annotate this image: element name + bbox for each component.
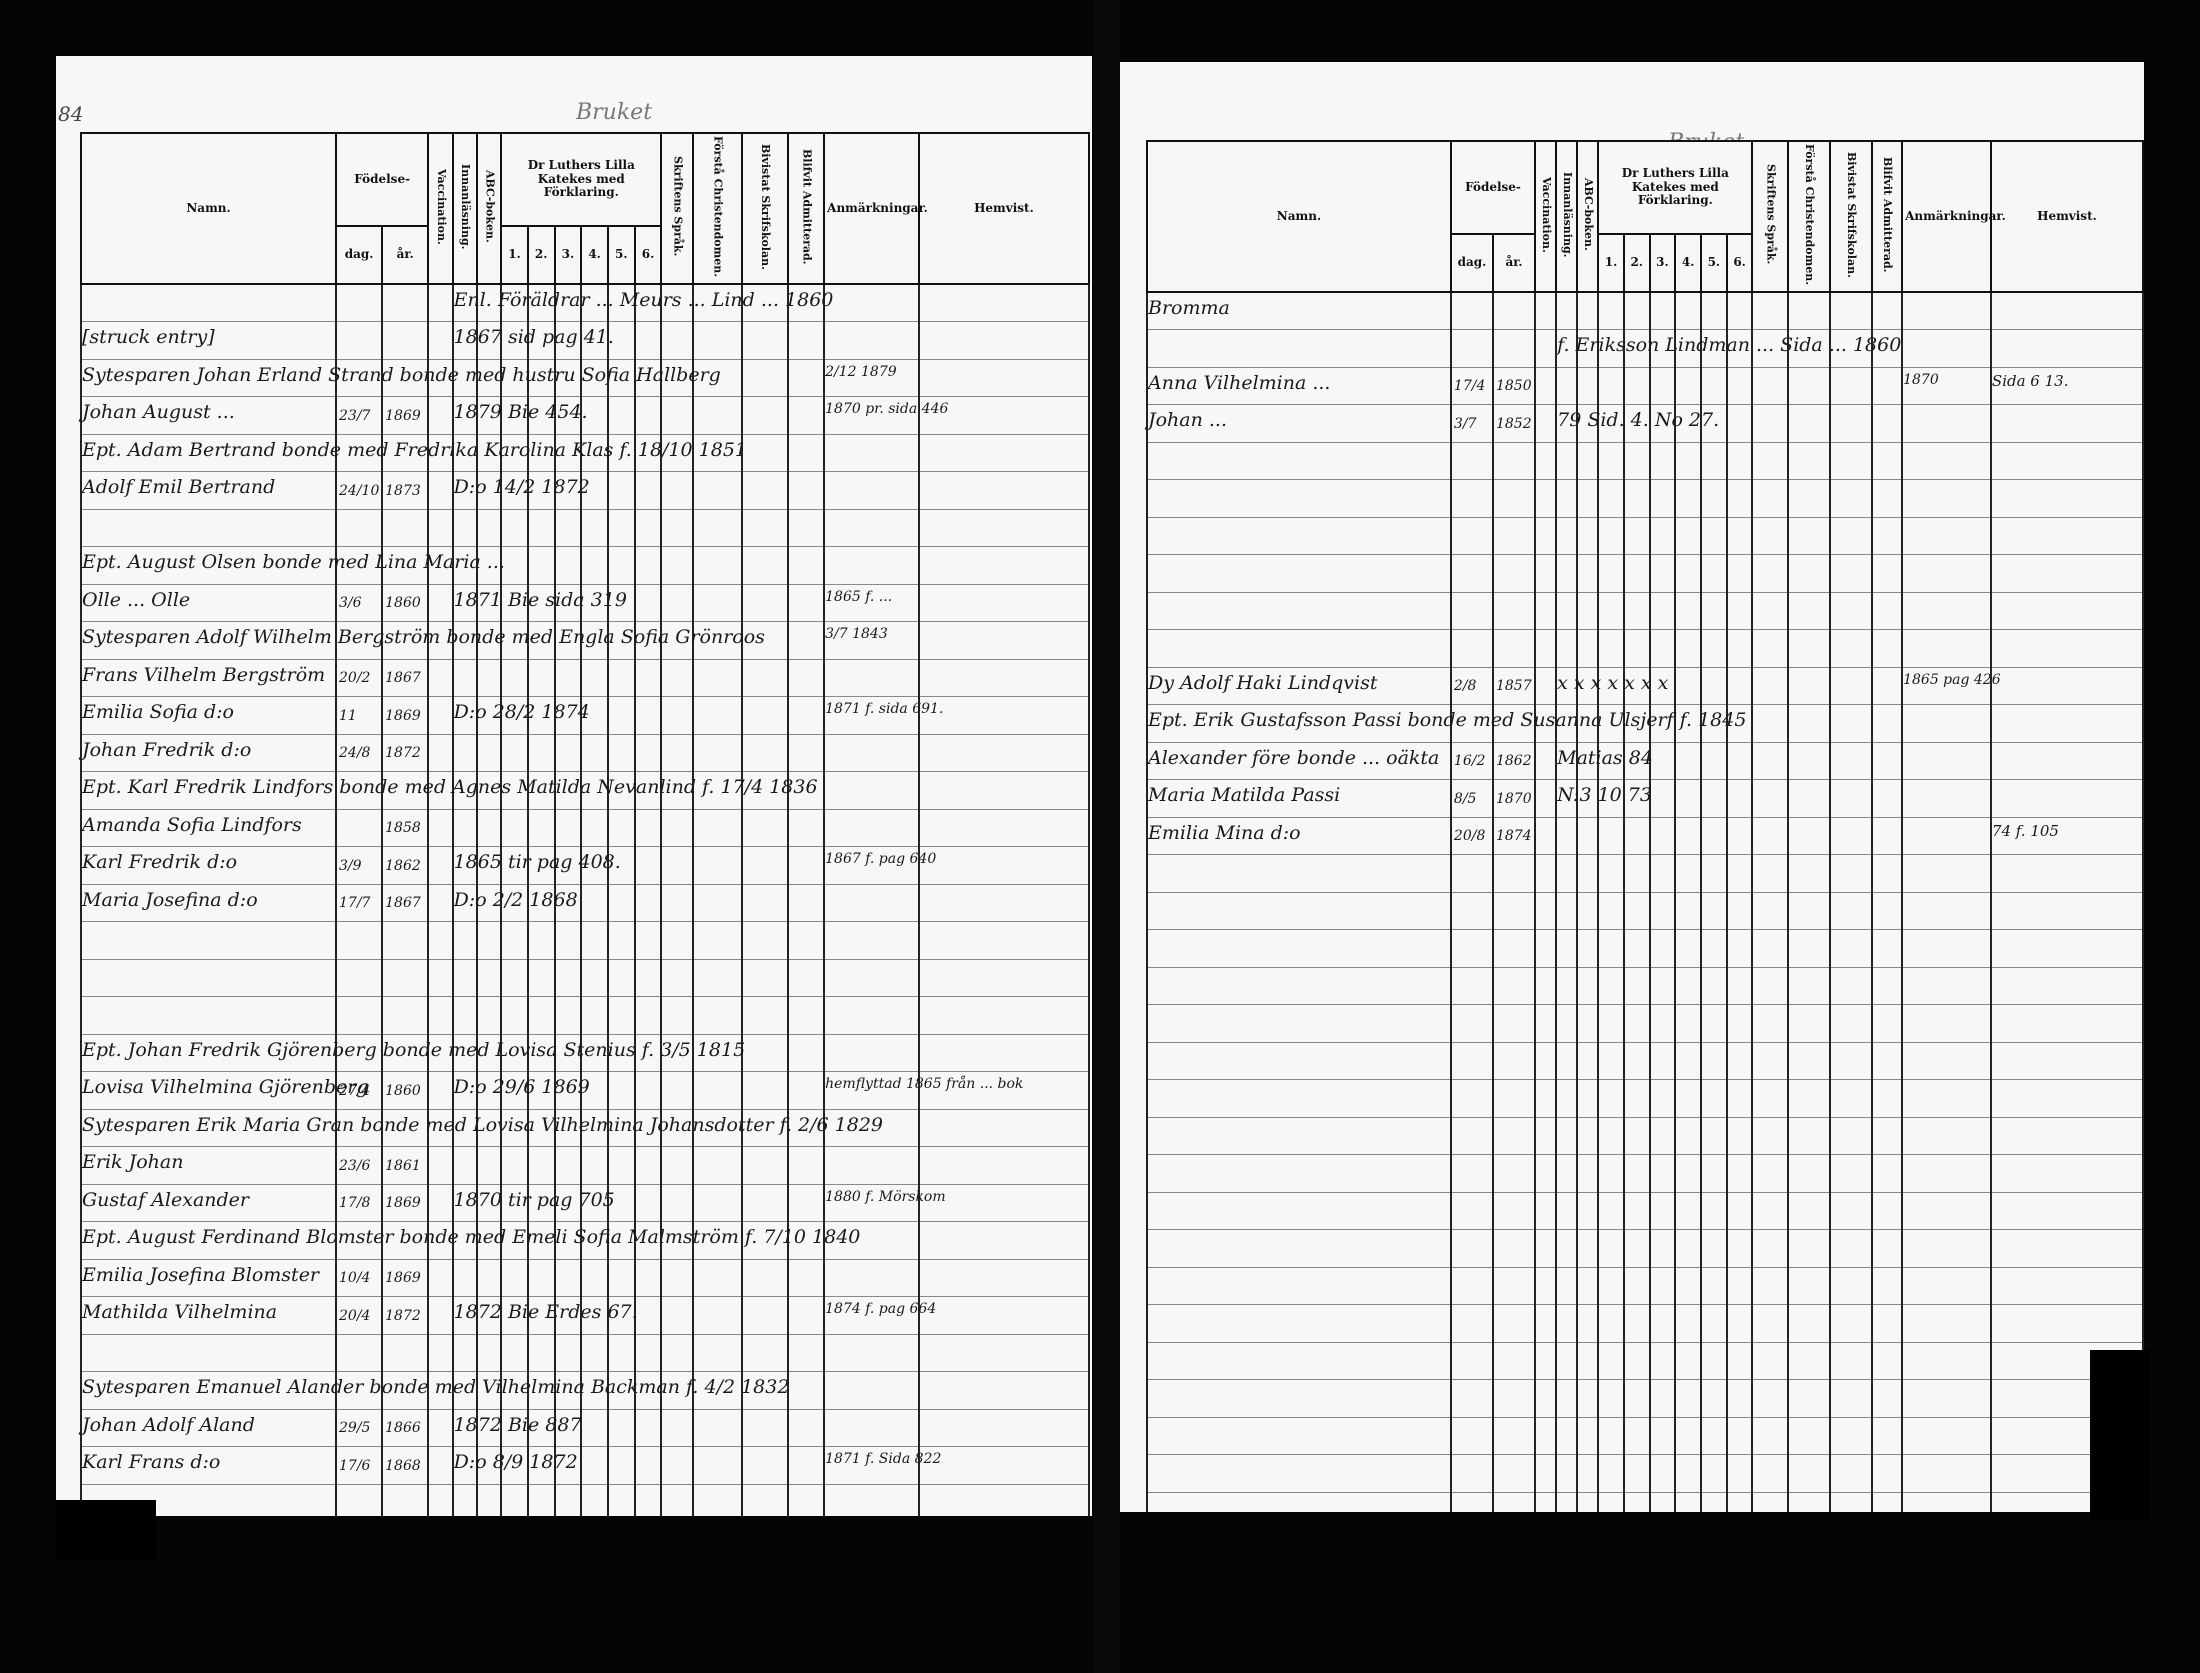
- cell-mark: [1752, 1042, 1787, 1080]
- cell-birth-year: [1493, 930, 1535, 968]
- cell-mark: [1577, 1005, 1598, 1043]
- cell-mark: [1624, 555, 1650, 593]
- table-row: Johan Fredrik d:o24/81872: [81, 734, 1089, 772]
- header-birth-day: dag.: [336, 226, 382, 284]
- cell-mark: [742, 884, 788, 922]
- cell-mark: [635, 884, 662, 922]
- cell-mark: [1675, 630, 1701, 668]
- cell-name: Ept. Erik Gustafsson Passi bonde med Sus…: [1147, 705, 1451, 743]
- table-row: [1147, 1305, 2143, 1343]
- cell-mark: [428, 509, 452, 547]
- cell-mark: [1598, 1230, 1624, 1268]
- cell-name: Johan Adolf Aland: [81, 1409, 336, 1447]
- table-row: Ept. Johan Fredrik Gjörenberg bonde med …: [81, 1034, 1089, 1072]
- cell-mark: [428, 884, 452, 922]
- cell-mark: [788, 359, 824, 397]
- cell-mark: [1675, 517, 1701, 555]
- cell-mark: [1598, 1192, 1624, 1230]
- cell-birth-day: [1451, 1417, 1493, 1455]
- cell-mark: [1872, 292, 1902, 330]
- cell-mark: [1752, 1192, 1787, 1230]
- cell-birth-year: [1493, 1042, 1535, 1080]
- cell-mark: [1788, 1042, 1830, 1080]
- entry-name: Sytesparen Adolf Wilhelm Bergström bonde…: [82, 626, 765, 648]
- cell-name: Sytesparen Adolf Wilhelm Bergström bonde…: [81, 622, 336, 660]
- cell-birth-day: [1451, 1380, 1493, 1418]
- cell-birth-year: 1852: [1493, 405, 1535, 443]
- entry-note: 1872 Bie 887: [454, 1414, 582, 1436]
- cell-mark: [693, 509, 742, 547]
- cell-note: [1556, 1305, 1577, 1343]
- cell-remarks: [824, 922, 919, 960]
- cell-birth-year: [1493, 1455, 1535, 1493]
- cell-residence: [1991, 1117, 2143, 1155]
- header-cat-1: 1.: [1598, 234, 1624, 292]
- cell-mark: [428, 1447, 452, 1485]
- cell-mark: [1727, 1042, 1753, 1080]
- cell-birth-day: 16/2: [1451, 742, 1493, 780]
- cell-mark: [1650, 930, 1676, 968]
- cell-note: D:o 8/9 1872: [453, 1447, 477, 1485]
- cell-mark: [1624, 1155, 1650, 1193]
- cell-name: Alexander före bonde ... oäkta: [1147, 742, 1451, 780]
- cell-mark: [693, 584, 742, 622]
- cell-mark: [1675, 1305, 1701, 1343]
- header-birth-year: år.: [382, 226, 428, 284]
- cell-mark: [1872, 742, 1902, 780]
- cell-mark: [1788, 480, 1830, 518]
- cell-remarks: [824, 1409, 919, 1447]
- cell-mark: [1872, 1342, 1902, 1380]
- cell-mark: [1752, 930, 1787, 968]
- header-birth-day: dag.: [1451, 234, 1493, 292]
- cell-mark: [742, 1409, 788, 1447]
- table-row: Mathilda Vilhelmina20/418721872 Bie Erde…: [81, 1297, 1089, 1335]
- cell-mark: [581, 884, 608, 922]
- cell-mark: [1650, 855, 1676, 893]
- cell-mark: [661, 997, 693, 1035]
- table-row: Ept. Adam Bertrand bonde med Fredrika Ka…: [81, 434, 1089, 472]
- cell-residence: [1991, 930, 2143, 968]
- entry-name: Sytesparen Emanuel Alander bonde med Vil…: [82, 1376, 789, 1398]
- cell-mark: [1650, 555, 1676, 593]
- cell-mark: [428, 1297, 452, 1335]
- entry-note: x x x x x x x: [1557, 672, 1668, 694]
- cell-mark: [428, 1334, 452, 1372]
- cell-mark: [788, 1484, 824, 1516]
- cell-mark: [1535, 855, 1556, 893]
- cell-mark: [1675, 855, 1701, 893]
- cell-note: [453, 734, 477, 772]
- cell-mark: [1624, 292, 1650, 330]
- cell-mark: [1650, 517, 1676, 555]
- cell-mark: [555, 1147, 582, 1185]
- cell-residence: [919, 472, 1089, 510]
- cell-name: [1147, 967, 1451, 1005]
- table-row: [81, 922, 1089, 960]
- cell-name: Johan Fredrik d:o: [81, 734, 336, 772]
- cell-residence: [919, 284, 1089, 322]
- cell-mark: [1727, 1192, 1753, 1230]
- cell-mark: [1727, 892, 1753, 930]
- cell-mark: [477, 1484, 501, 1516]
- cell-residence: [1991, 405, 2143, 443]
- cell-mark: [1727, 742, 1753, 780]
- cell-mark: [1701, 367, 1727, 405]
- table-row: [1147, 1380, 2143, 1418]
- cell-mark: [1830, 1042, 1872, 1080]
- cell-name: [1147, 442, 1451, 480]
- cell-mark: [1650, 780, 1676, 818]
- cell-mark: [635, 809, 662, 847]
- cell-birth-day: [336, 284, 382, 322]
- cell-remarks: [1902, 892, 1991, 930]
- cell-mark: [428, 922, 452, 960]
- cell-mark: [693, 697, 742, 735]
- cell-mark: [742, 547, 788, 585]
- cell-mark: [1577, 1117, 1598, 1155]
- cell-residence: [919, 359, 1089, 397]
- cell-mark: [1535, 367, 1556, 405]
- cell-name: [1147, 930, 1451, 968]
- cell-mark: [1727, 292, 1753, 330]
- entry-remark: 2/12 1879: [825, 364, 897, 380]
- entry-name: Lovisa Vilhelmina Gjörenberg: [82, 1076, 369, 1098]
- cell-mark: [555, 959, 582, 997]
- entry-name: Anna Vilhelmina ...: [1148, 372, 1330, 394]
- cell-mark: [1830, 1267, 1872, 1305]
- cell-birth-day: [1451, 1192, 1493, 1230]
- cell-residence: Sida 6 13.: [1991, 367, 2143, 405]
- cell-mark: [742, 922, 788, 960]
- table-row: Lovisa Vilhelmina Gjörenberg27/41860D:o …: [81, 1072, 1089, 1110]
- cell-mark: [661, 509, 693, 547]
- cell-mark: [1752, 1117, 1787, 1155]
- cell-note: [1556, 1380, 1577, 1418]
- cell-note: [1556, 1492, 1577, 1512]
- cell-mark: [1872, 555, 1902, 593]
- cell-residence: [1991, 555, 2143, 593]
- cell-note: [1556, 555, 1577, 593]
- cell-name: Emilia Josefina Blomster: [81, 1259, 336, 1297]
- cell-remarks: [1902, 1305, 1991, 1343]
- header-reading: Innanläsning.: [1556, 141, 1577, 292]
- cell-mark: [661, 1484, 693, 1516]
- cell-mark: [693, 1072, 742, 1110]
- cell-mark: [661, 659, 693, 697]
- cell-birth-day: [1451, 1005, 1493, 1043]
- table-row: Gustaf Alexander17/818691870 tir pag 705…: [81, 1184, 1089, 1222]
- entry-note: Matias 84: [1557, 747, 1653, 769]
- cell-mark: [581, 547, 608, 585]
- cell-mark: [742, 359, 788, 397]
- cell-mark: [1872, 405, 1902, 443]
- cell-note: 1870 tir pag 705: [453, 1184, 477, 1222]
- cell-mark: [501, 509, 528, 547]
- cell-mark: [1788, 1492, 1830, 1512]
- cell-note: [1556, 442, 1577, 480]
- cell-mark: [1701, 930, 1727, 968]
- table-row: Ept. August Ferdinand Blomster bonde med…: [81, 1222, 1089, 1260]
- cell-mark: [528, 1147, 555, 1185]
- cell-mark: [635, 922, 662, 960]
- cell-mark: [1701, 592, 1727, 630]
- header-residence: Hemvist.: [919, 133, 1089, 284]
- cell-remarks: [1902, 1417, 1991, 1455]
- cell-mark: [693, 322, 742, 360]
- cell-mark: [1535, 405, 1556, 443]
- cell-mark: [1701, 892, 1727, 930]
- cell-mark: [1830, 1005, 1872, 1043]
- cell-mark: [477, 509, 501, 547]
- cell-note: [453, 1259, 477, 1297]
- cell-mark: [1650, 1042, 1676, 1080]
- cell-mark: [1535, 1155, 1556, 1193]
- cell-mark: [1752, 1005, 1787, 1043]
- cell-mark: [661, 1447, 693, 1485]
- table-row: [1147, 630, 2143, 668]
- cell-mark: [1675, 742, 1701, 780]
- cell-note: [1556, 367, 1577, 405]
- cell-residence: [1991, 1155, 2143, 1193]
- cell-mark: [1598, 1005, 1624, 1043]
- cell-note: D:o 29/6 1869: [453, 1072, 477, 1110]
- cell-mark: [1752, 630, 1787, 668]
- cell-mark: [608, 884, 635, 922]
- cell-mark: [501, 959, 528, 997]
- cell-note: 1871 Bie sida 319: [453, 584, 477, 622]
- cell-note: D:o 14/2 1872: [453, 472, 477, 510]
- cell-note: 1872 Bie 887: [453, 1409, 477, 1447]
- entry-note: 79 Sid. 4. No 27.: [1557, 409, 1719, 431]
- table-row: [1147, 1267, 2143, 1305]
- cell-mark: [1675, 1005, 1701, 1043]
- cell-birth-day: [336, 509, 382, 547]
- cell-mark: [1752, 367, 1787, 405]
- cell-mark: [477, 1259, 501, 1297]
- cell-mark: [635, 697, 662, 735]
- cell-note: [1556, 892, 1577, 930]
- cell-mark: [1752, 1267, 1787, 1305]
- cell-mark: [661, 1147, 693, 1185]
- cell-birth-year: [1493, 1305, 1535, 1343]
- cell-mark: [1598, 292, 1624, 330]
- table-row: [1147, 1342, 2143, 1380]
- table-row: [1147, 1080, 2143, 1118]
- cell-mark: [1650, 1492, 1676, 1512]
- table-row: [1147, 517, 2143, 555]
- cell-mark: [1727, 967, 1753, 1005]
- cell-mark: [1701, 1005, 1727, 1043]
- cell-mark: [635, 1334, 662, 1372]
- cell-note: [1556, 1455, 1577, 1493]
- cell-birth-year: 1862: [1493, 742, 1535, 780]
- header-birth: Födelse-: [1451, 141, 1535, 234]
- register-table: Namn. Födelse- Vaccination. Innanläsning…: [1146, 140, 2144, 1512]
- cell-remarks: [824, 884, 919, 922]
- entry-note: D:o 8/9 1872: [454, 1451, 578, 1473]
- cell-mark: [581, 997, 608, 1035]
- cell-note: [1556, 705, 1577, 743]
- cell-mark: [635, 397, 662, 435]
- cell-birth-year: 1869: [382, 397, 428, 435]
- cell-birth-day: [336, 322, 382, 360]
- cell-mark: [693, 1409, 742, 1447]
- cell-name: Sytesparen Johan Erland Strand bonde med…: [81, 359, 336, 397]
- cell-name: [1147, 1155, 1451, 1193]
- cell-birth-year: 1862: [382, 847, 428, 885]
- entry-name: Johan ...: [1148, 409, 1227, 431]
- cell-mark: [608, 1409, 635, 1447]
- cell-note: [1556, 1117, 1577, 1155]
- cell-mark: [501, 1259, 528, 1297]
- cell-mark: [1752, 1380, 1787, 1418]
- entry-name: [struck entry]: [82, 326, 215, 348]
- cell-mark: [661, 1297, 693, 1335]
- cell-mark: [1650, 1192, 1676, 1230]
- table-row: Sytesparen Emanuel Alander bonde med Vil…: [81, 1372, 1089, 1410]
- cell-note: [1556, 817, 1577, 855]
- entry-remark: 1865 f. ...: [825, 589, 892, 605]
- entry-note: 1879 Bie 454.: [454, 401, 588, 423]
- cell-mark: [1535, 967, 1556, 1005]
- cell-remarks: [1902, 780, 1991, 818]
- cell-mark: [742, 1447, 788, 1485]
- cell-mark: [1788, 1342, 1830, 1380]
- cell-birth-year: [1493, 517, 1535, 555]
- cell-mark: [693, 997, 742, 1035]
- cell-mark: [608, 1334, 635, 1372]
- cell-mark: [1535, 555, 1556, 593]
- cell-mark: [693, 1297, 742, 1335]
- cell-note: [1556, 1267, 1577, 1305]
- entry-note: D:o 14/2 1872: [454, 476, 590, 498]
- cell-mark: [1788, 1117, 1830, 1155]
- cell-residence: [1991, 780, 2143, 818]
- cell-note: [453, 1372, 477, 1410]
- header-residence: Hemvist.: [1991, 141, 2143, 292]
- cell-mark: [1535, 892, 1556, 930]
- cell-mark: [1701, 967, 1727, 1005]
- cell-mark: [1788, 780, 1830, 818]
- cell-residence: [919, 322, 1089, 360]
- cell-mark: [501, 547, 528, 585]
- cell-mark: [693, 922, 742, 960]
- cell-mark: [1598, 517, 1624, 555]
- entry-name: Erik Johan: [82, 1151, 183, 1173]
- cell-mark: [1535, 1117, 1556, 1155]
- cell-residence: [1991, 442, 2143, 480]
- header-birth-year: år.: [1493, 234, 1535, 292]
- cell-birth-day: [1451, 930, 1493, 968]
- cell-remarks: [1902, 1155, 1991, 1193]
- cell-mark: [1788, 1267, 1830, 1305]
- cell-mark: [788, 884, 824, 922]
- cell-remarks: [824, 959, 919, 997]
- cell-note: [1556, 1417, 1577, 1455]
- cell-note: 1867 sid pag 41.: [453, 322, 477, 360]
- cell-residence: [919, 809, 1089, 847]
- cell-remarks: [824, 322, 919, 360]
- header-vaccination: Vaccination.: [1535, 141, 1556, 292]
- cell-residence: [919, 1184, 1089, 1222]
- cell-residence: [919, 1447, 1089, 1485]
- cell-note: Enl. Föräldrar ... Meurs ... Lind ... 18…: [453, 284, 477, 322]
- cell-mark: [788, 1297, 824, 1335]
- cell-mark: [1624, 1005, 1650, 1043]
- cell-birth-year: 1850: [1493, 367, 1535, 405]
- cell-birth-year: [1493, 892, 1535, 930]
- cell-mark: [477, 1334, 501, 1372]
- cell-residence: [1991, 1305, 2143, 1343]
- cell-mark: [1650, 967, 1676, 1005]
- cell-mark: [1624, 892, 1650, 930]
- cell-birth-day: 3/9: [336, 847, 382, 885]
- cell-mark: [788, 1034, 824, 1072]
- cell-note: [1556, 630, 1577, 668]
- cell-name: [81, 284, 336, 322]
- cell-mark: [1752, 592, 1787, 630]
- cell-remarks: [1902, 705, 1991, 743]
- cell-remarks: [824, 509, 919, 547]
- table-row: [1147, 1117, 2143, 1155]
- table-row: [1147, 592, 2143, 630]
- cell-note: 1879 Bie 454.: [453, 397, 477, 435]
- cell-remarks: 1880 f. Mörskom: [824, 1184, 919, 1222]
- cell-note: [453, 659, 477, 697]
- header-cat-4: 4.: [581, 226, 608, 284]
- entry-note: 1870 tir pag 705: [454, 1189, 615, 1211]
- cell-birth-year: [1493, 855, 1535, 893]
- cell-note: [453, 809, 477, 847]
- cell-mark: [1788, 592, 1830, 630]
- cell-remarks: [824, 1259, 919, 1297]
- cell-note: [453, 922, 477, 960]
- cell-mark: [742, 322, 788, 360]
- cell-mark: [635, 959, 662, 997]
- cell-mark: [528, 509, 555, 547]
- cell-mark: [635, 322, 662, 360]
- header-abc: ABC-boken.: [1577, 141, 1598, 292]
- cell-mark: [1535, 930, 1556, 968]
- cell-mark: [1577, 1042, 1598, 1080]
- cell-birth-year: [1493, 1267, 1535, 1305]
- cell-mark: [1788, 1192, 1830, 1230]
- cell-name: [struck entry]: [81, 322, 336, 360]
- cell-mark: [742, 659, 788, 697]
- cell-mark: [1830, 442, 1872, 480]
- cell-birth-day: [1451, 1080, 1493, 1118]
- cell-mark: [635, 1147, 662, 1185]
- cell-mark: [528, 922, 555, 960]
- cell-mark: [742, 472, 788, 510]
- cell-mark: [528, 1334, 555, 1372]
- cell-mark: [1701, 1455, 1727, 1493]
- entry-residence: 74 f. 105: [1992, 822, 2059, 840]
- table-row: Ept. Erik Gustafsson Passi bonde med Sus…: [1147, 705, 2143, 743]
- entry-name: Olle ... Olle: [82, 589, 190, 611]
- register-rows: Brommaf. Eriksson Lindman ... Sida ... 1…: [1147, 292, 2143, 1512]
- cell-birth-year: [1493, 1192, 1535, 1230]
- cell-mark: [1788, 1380, 1830, 1418]
- cell-mark: [1830, 517, 1872, 555]
- cell-mark: [1727, 1155, 1753, 1193]
- cell-mark: [661, 1334, 693, 1372]
- header-cat-5: 5.: [1701, 234, 1727, 292]
- cell-mark: [1675, 480, 1701, 518]
- entry-note: N:3 10 73: [1557, 784, 1652, 806]
- cell-mark: [788, 659, 824, 697]
